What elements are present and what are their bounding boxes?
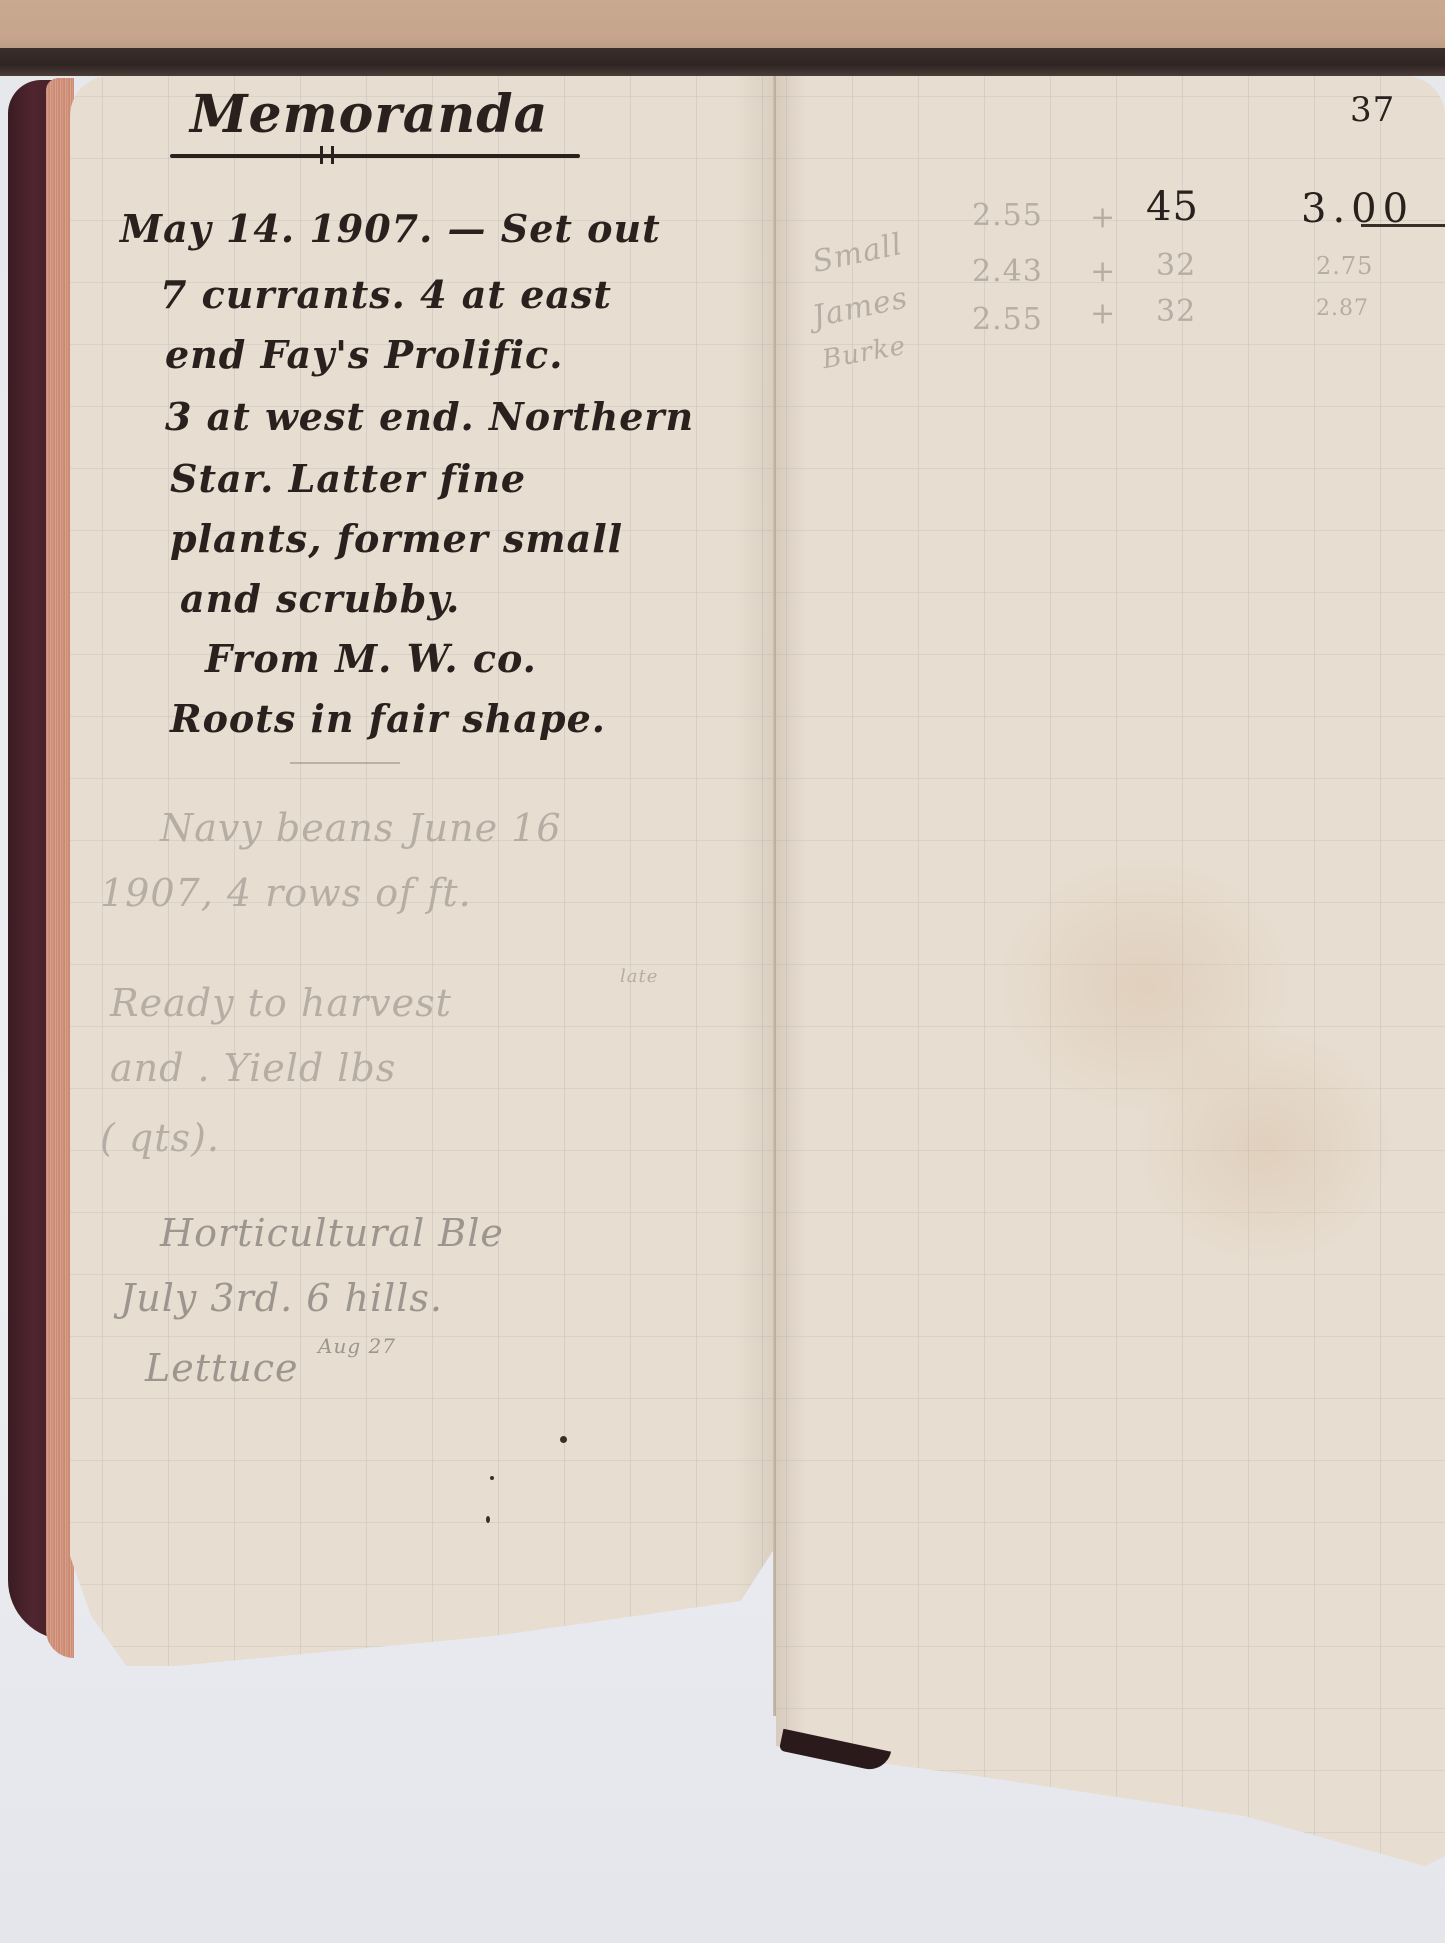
entry-line: Star. Latter fine: [170, 456, 526, 501]
cardboard-backing: [0, 0, 1445, 52]
total-amount: 2.75: [1316, 252, 1373, 280]
ink-speck: [486, 1516, 490, 1523]
entry-line: end Fay's Prolific.: [165, 332, 563, 377]
entry-line: Lettuce: [145, 1346, 299, 1390]
page-heading: Memoranda: [190, 84, 548, 145]
entry-line: Navy beans June 16: [160, 806, 562, 850]
ink-speck: [560, 1436, 567, 1443]
water-stain: [1136, 1026, 1396, 1266]
entry-line: 1907, 4 rows of ft.: [100, 871, 472, 915]
total-underline: [1361, 224, 1445, 227]
row-label: James: [809, 280, 911, 334]
base-price: 2.43: [972, 254, 1043, 289]
base-price: 2.55: [972, 198, 1043, 233]
entry-line: 3 at west end. Northern: [165, 394, 694, 439]
row-label: Burke: [820, 331, 908, 375]
superscript-note: Aug 27: [318, 1334, 396, 1358]
right-page: 37 Small 2.55 + 45 3.00 James 2.43 + 32 …: [776, 76, 1445, 1866]
superscript-note: late: [620, 966, 658, 987]
section-divider: [290, 762, 400, 764]
row-label: Small: [809, 227, 905, 280]
entry-line: plants, former small: [170, 516, 623, 561]
backing-shadow: [0, 48, 1445, 76]
page-edges: [46, 78, 74, 1658]
added-amount: 45: [1146, 184, 1199, 230]
entry-line: Roots in fair shape.: [170, 696, 606, 741]
left-page: Memoranda May 14. 1907. — Set out 7 curr…: [70, 76, 776, 1776]
added-amount: 32: [1156, 294, 1196, 329]
entry-line: May 14. 1907. — Set out: [120, 206, 661, 251]
heading-underline-mark: [320, 146, 334, 164]
entry-line: From M. W. co.: [205, 636, 537, 681]
operator: +: [1090, 254, 1116, 289]
operator: +: [1090, 296, 1116, 331]
added-amount: 32: [1156, 248, 1196, 283]
entry-line: Ready to harvest: [110, 981, 452, 1025]
operator: +: [1090, 200, 1116, 235]
page-number: 37: [1350, 90, 1395, 130]
base-price: 2.55: [972, 302, 1043, 337]
entry-line: July 3rd. 6 hills.: [120, 1276, 443, 1320]
entry-line: and . Yield lbs: [110, 1046, 396, 1090]
entry-line: and scrubby.: [180, 576, 460, 621]
total-amount: 2.87: [1316, 296, 1369, 321]
entry-line: 7 currants. 4 at east: [160, 272, 612, 317]
entry-line: ( qts).: [100, 1116, 220, 1160]
heading-underline: [170, 154, 580, 158]
ink-speck: [490, 1476, 494, 1480]
entry-line: Horticultural Ble: [160, 1211, 504, 1255]
